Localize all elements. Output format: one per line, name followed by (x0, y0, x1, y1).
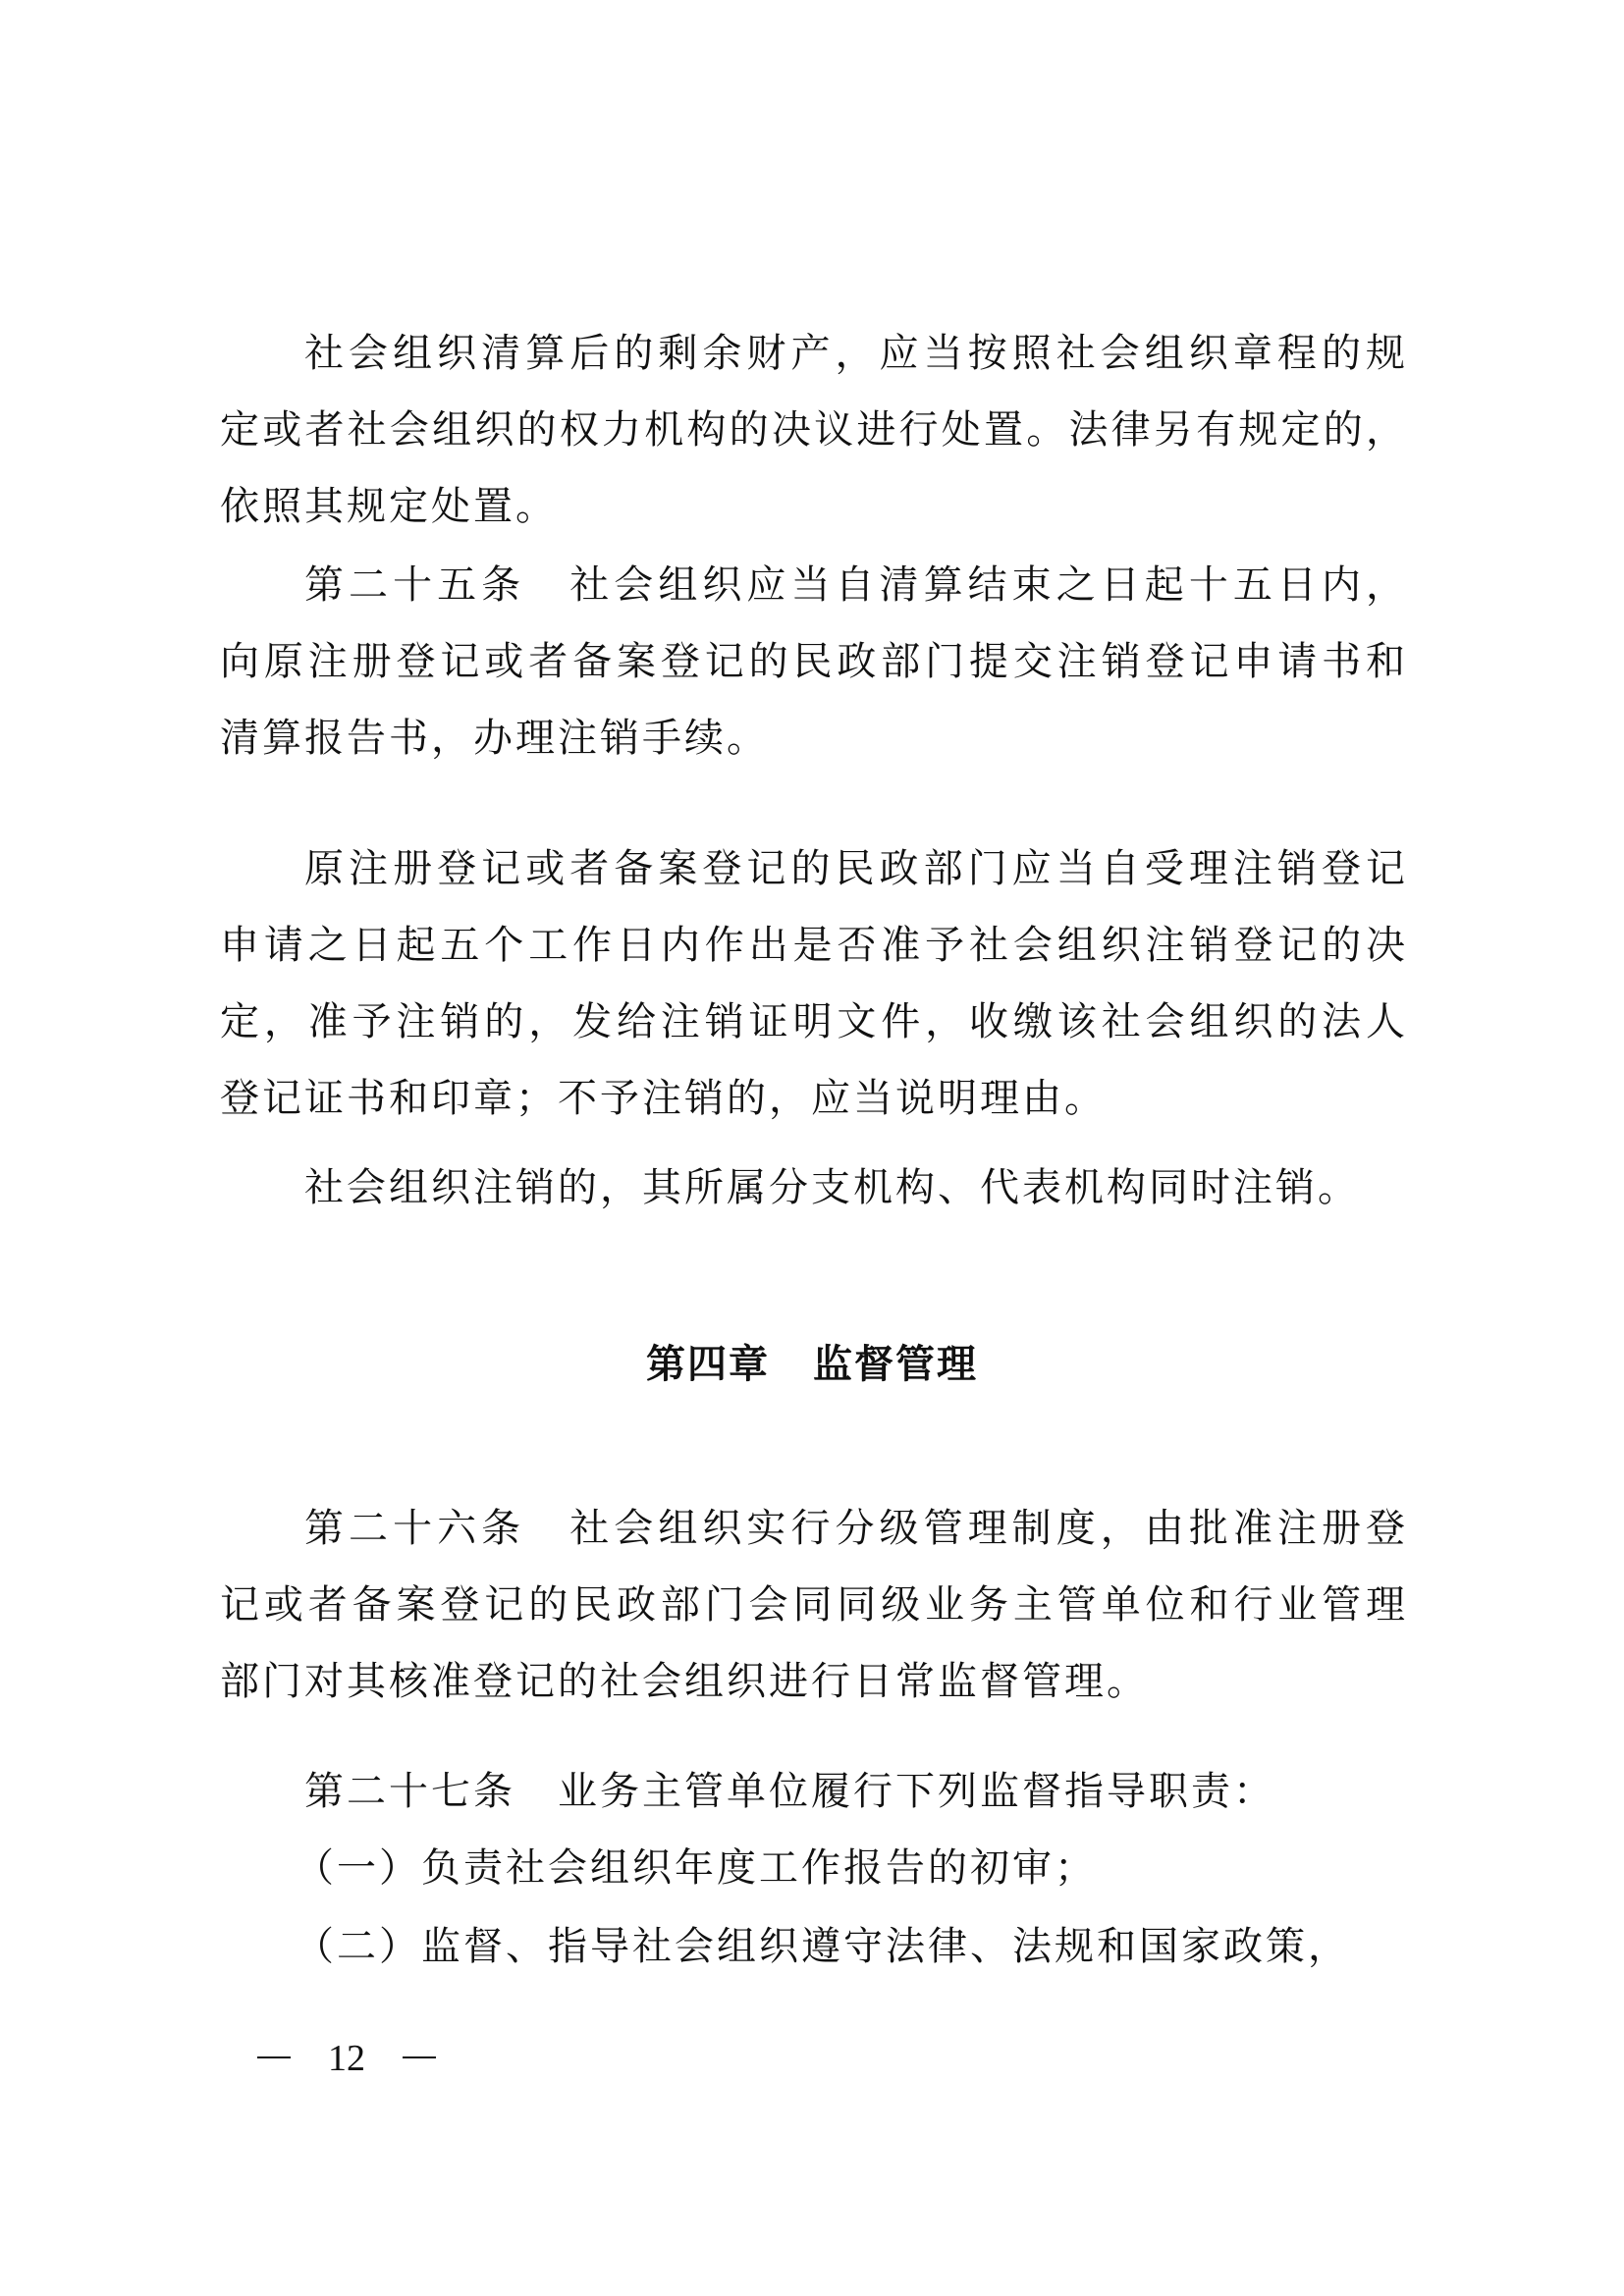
page-number-footer: 12 (257, 2034, 436, 2083)
page-number: 12 (328, 2034, 365, 2083)
paragraph-line: 定，准予注销的，发给注销证明文件，收缴该社会组织的法人 (220, 992, 1408, 1051)
article-25-line: 向原注册登记或者备案登记的民政部门提交注销登记申请书和 (220, 632, 1408, 691)
article-27-line: 第二十七条 业务主管单位履行下列监督指导职责： (304, 1762, 1408, 1821)
paragraph-line: 原注册登记或者备案登记的民政部门应当自受理注销登记 (304, 839, 1408, 898)
paragraph-line: 社会组织清算后的剩余财产，应当按照社会组织章程的规 (304, 324, 1408, 383)
list-item: （一）负责社会组织年度工作报告的初审； (295, 1839, 1097, 1897)
article-26-line: 第二十六条 社会组织实行分级管理制度，由批准注册登 (304, 1499, 1408, 1558)
em-dash-right (403, 2056, 436, 2058)
list-item: （二）监督、指导社会组织遵守法律、法规和国家政策， (295, 1917, 1350, 1976)
chapter-title: 监督管理 (813, 1342, 978, 1387)
document-page: 社会组织清算后的剩余财产，应当按照社会组织章程的规 定或者社会组织的权力机构的决… (0, 0, 1624, 2296)
paragraph-line: 登记证书和印章；不予注销的，应当说明理由。 (220, 1069, 1408, 1128)
paragraph-line: 申请之日起五个工作日内作出是否准予社会组织注销登记的决 (220, 916, 1408, 975)
chapter-number: 第四章 (646, 1342, 770, 1387)
paragraph-line: 依照其规定处置。 (220, 477, 1408, 536)
em-dash-left (257, 2056, 291, 2058)
article-25-line: 第二十五条 社会组织应当自清算结束之日起十五日内， (304, 556, 1408, 614)
chapter-heading: 第四章监督管理 (0, 1335, 1624, 1394)
article-26-line: 部门对其核准登记的社会组织进行日常监督管理。 (220, 1652, 1408, 1711)
paragraph-line: 定或者社会组织的权力机构的决议进行处置。法律另有规定的， (220, 400, 1408, 459)
article-26-line: 记或者备案登记的民政部门会同同级业务主管单位和行业管理 (220, 1575, 1408, 1634)
paragraph-line: 社会组织注销的，其所属分支机构、代表机构同时注销。 (304, 1158, 1408, 1217)
article-25-line: 清算报告书，办理注销手续。 (220, 709, 1408, 768)
